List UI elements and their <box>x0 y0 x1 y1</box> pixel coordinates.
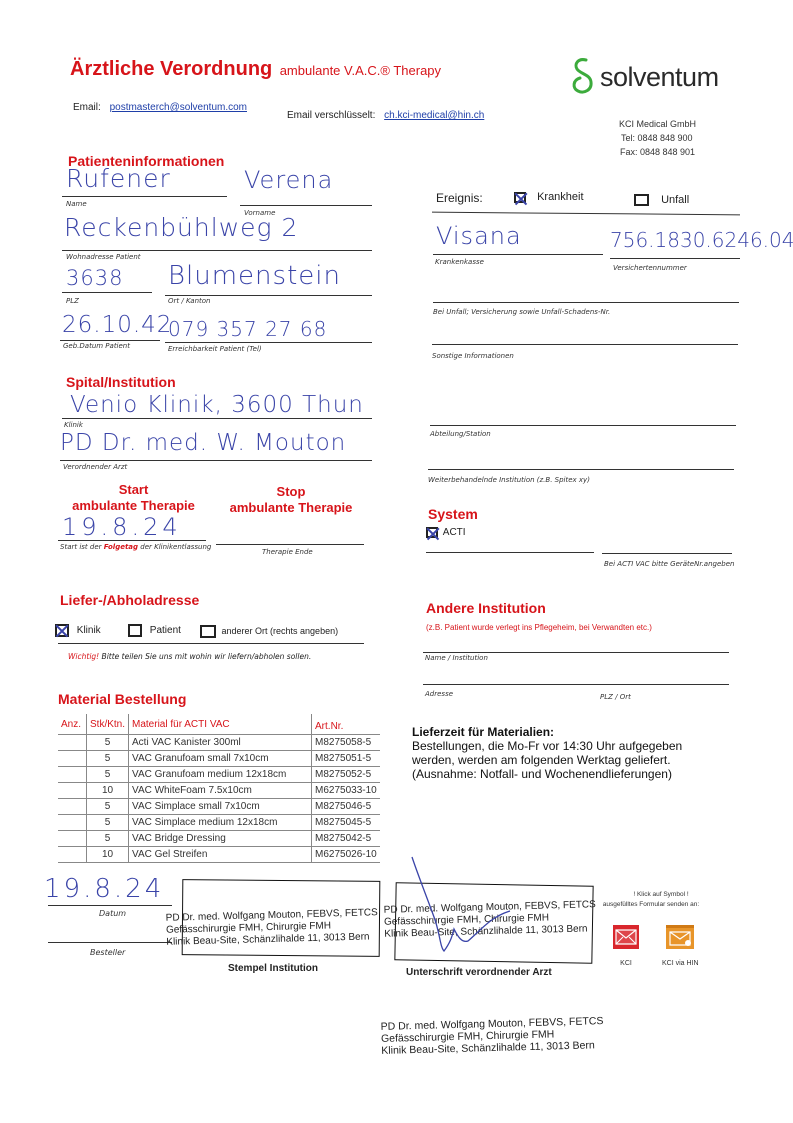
abteilung-line[interactable] <box>430 425 736 426</box>
send-hint: ! Klick auf Symbol ! ausgefülltes Formul… <box>595 890 707 910</box>
material-row: 5VAC Simplace small 7x10cmM8275046-5 <box>58 799 380 815</box>
material-table-container: Anz. Stk/Ktn. Material für ACTI VAC Art.… <box>58 714 380 863</box>
patient-ort-value[interactable]: Blumenstein <box>168 261 341 291</box>
start-date-line <box>58 540 206 541</box>
unfall-checkbox[interactable] <box>634 194 649 206</box>
stamp-label: Stempel Institution <box>228 963 318 974</box>
email-encrypted-link[interactable]: ch.kci-medical@hin.ch <box>384 110 484 121</box>
solventum-logo <box>568 56 598 101</box>
stop-heading-line2: ambulante Therapie <box>218 500 364 516</box>
orderer-label: Besteller <box>90 948 125 957</box>
acti-checkbox[interactable] <box>426 527 438 538</box>
send-kci-label: KCI <box>613 960 639 967</box>
company-tel: Tel: 0848 848 900 <box>617 131 696 145</box>
material-cell-artnr: M8275058-5 <box>312 735 381 751</box>
email-link[interactable]: postmasterch@solventum.com <box>110 102 247 113</box>
bottom-stamp-text: PD Dr. med. Wolfgang Mouton, FEBVS, FETC… <box>381 1015 605 1057</box>
patient-name-value[interactable]: Rufener <box>66 164 171 193</box>
weiterbehandelnde-line[interactable] <box>428 469 734 470</box>
solventum-s-icon <box>568 56 598 96</box>
versichertennummer-value[interactable]: 756.1830.6246.04 <box>610 228 793 252</box>
material-cell-name: VAC Gel Streifen <box>129 847 312 863</box>
delivery-time-line1: Bestellungen, die Mo-Fr vor 14:30 Uhr au… <box>412 739 682 753</box>
material-cell-stk: 10 <box>87 847 129 863</box>
delivery-patient-label: Patient <box>150 625 181 636</box>
delivery-option-patient[interactable]: Patient <box>128 624 181 637</box>
material-cell-name: VAC Simplace medium 12x18cm <box>129 815 312 831</box>
address-line <box>62 250 372 251</box>
delivery-option-klinik[interactable]: Klinik <box>55 624 101 637</box>
arzt-value[interactable]: PD Dr. med. W. Mouton <box>60 430 346 456</box>
arzt-line <box>60 460 372 461</box>
material-cell-anz[interactable] <box>58 735 87 751</box>
company-contact: KCI Medical GmbH Tel: 0848 848 900 Fax: … <box>617 117 696 159</box>
start-heading-line1: Start <box>62 482 205 498</box>
krankenkasse-value[interactable]: Visana <box>436 222 522 250</box>
patient-vorname-value[interactable]: Verena <box>244 166 333 194</box>
phone-label: Erreichbarkeit Patient (Tel) <box>168 345 262 353</box>
material-cell-anz[interactable] <box>58 847 87 863</box>
device-number-line[interactable] <box>602 553 732 554</box>
institution-heading: Spital/Institution <box>66 374 176 390</box>
delivery-note-important: Wichtig! <box>68 652 99 661</box>
material-cell-anz[interactable] <box>58 815 87 831</box>
name-line <box>62 196 227 197</box>
delivery-klinik-checkbox[interactable] <box>55 624 69 637</box>
ort-label: Ort / Kanton <box>168 297 210 305</box>
sonstige-line[interactable] <box>432 344 738 345</box>
start-date-label: Start ist der Folgetag der Klinikentlass… <box>60 543 211 551</box>
material-cell-stk: 5 <box>87 815 129 831</box>
envelope-key-icon <box>666 925 694 949</box>
send-hint-line2: ausgefülltes Formular senden an: <box>595 900 707 910</box>
email-encrypted-row: Email verschlüsselt: ch.kci-medical@hin.… <box>287 110 484 121</box>
versichertennummer-line <box>610 258 740 259</box>
event-option-krankheit[interactable]: Krankheit <box>514 191 584 203</box>
envelope-icon <box>613 925 639 949</box>
other-institution-hint: (z.B. Patient wurde verlegt ins Pflegehe… <box>426 623 652 632</box>
material-cell-stk: 10 <box>87 783 129 799</box>
delivery-patient-checkbox[interactable] <box>128 624 142 637</box>
stop-date-line[interactable] <box>216 544 364 545</box>
material-row: 5VAC Bridge DressingM8275042-5 <box>58 831 380 847</box>
send-kci-button[interactable]: KCI <box>613 925 639 967</box>
material-cell-artnr: M6275026-10 <box>312 847 381 863</box>
start-label-pre: Start ist der <box>60 543 104 551</box>
company-name: KCI Medical GmbH <box>617 117 696 131</box>
versichertennummer-label: Versichertennummer <box>613 264 687 272</box>
email-encrypted-label: Email verschlüsselt: <box>287 110 375 121</box>
delivery-time-line3: (Ausnahme: Notfall- und Wochenendlieferu… <box>412 767 682 781</box>
start-therapy-heading: Start ambulante Therapie <box>62 482 205 514</box>
system-heading: System <box>428 506 478 522</box>
material-row: 5VAC Simplace medium 12x18cmM8275045-5 <box>58 815 380 831</box>
unfall-info-label: Bei Unfall; Versicherung sowie Unfall-Sc… <box>433 308 610 316</box>
send-kci-hin-label: KCI via HIN <box>662 960 699 967</box>
delivery-anderer-ort-checkbox[interactable] <box>200 625 216 638</box>
other-institution-heading: Andere Institution <box>426 600 546 616</box>
delivery-time-line2: werden, werden am folgenden Werktag geli… <box>412 753 682 767</box>
handwritten-signature <box>410 855 530 955</box>
acti-label: ACTI <box>443 527 466 538</box>
plz-label: PLZ <box>66 297 79 305</box>
material-table: Anz. Stk/Ktn. Material für ACTI VAC Art.… <box>58 714 380 863</box>
start-date-value[interactable]: 19.8.24 <box>62 513 182 541</box>
material-row: 10VAC WhiteFoam 7.5x10cmM6275033-10 <box>58 783 380 799</box>
delivery-anderer-ort-label: anderer Ort (rechts angeben) <box>222 626 339 636</box>
phone-line <box>165 342 372 343</box>
send-hint-line1: ! Klick auf Symbol ! <box>595 890 707 900</box>
other-plz-label: PLZ / Ort <box>600 693 631 701</box>
start-heading-line2: ambulante Therapie <box>62 498 205 514</box>
patient-phone-value[interactable]: 079 357 27 68 <box>168 317 327 341</box>
start-label-post: der Klinikentlassung <box>138 543 211 551</box>
start-label-folgetag: Folgetag <box>104 543 138 551</box>
other-address-line[interactable] <box>423 684 729 685</box>
material-cell-anz[interactable] <box>58 831 87 847</box>
abteilung-label: Abteilung/Station <box>430 430 491 438</box>
event-option-unfall[interactable]: Unfall <box>634 194 689 206</box>
name-label: Name <box>66 200 87 208</box>
device-number-label: Bei ACTI VAC bitte GeräteNr.angeben <box>604 560 734 568</box>
weiterbehandelnde-label: Weiterbehandelnde Institution (z.B. Spit… <box>428 476 590 484</box>
brand-name: solventum <box>600 62 719 93</box>
ort-line <box>165 295 372 296</box>
krankenkasse-line <box>433 254 603 255</box>
delivery-time-heading: Lieferzeit für Materialien: <box>412 725 682 739</box>
klinik-line <box>62 418 372 419</box>
delivery-option-anderer-ort[interactable]: anderer Ort (rechts angeben) <box>200 625 338 638</box>
delivery-note-text: Bitte teilen Sie uns mit wohin wir liefe… <box>99 652 311 661</box>
material-cell-anz[interactable] <box>58 751 87 767</box>
material-cell-stk: 5 <box>87 735 129 751</box>
plz-line <box>62 292 152 293</box>
klinik-value[interactable]: Venio Klinik, 3600 Thun <box>70 392 364 418</box>
col-anz: Anz. <box>58 714 87 735</box>
delivery-line <box>58 643 364 644</box>
col-artnr: Art.Nr. <box>312 714 381 735</box>
material-table-body: 5Acti VAC Kanister 300mlM8275058-55VAC G… <box>58 735 380 863</box>
event-label: Ereignis: <box>436 191 483 205</box>
delivery-note: Wichtig! Bitte teilen Sie uns mit wohin … <box>68 652 311 661</box>
krankheit-label: Krankheit <box>537 191 583 203</box>
material-row: 10VAC Gel StreifenM6275026-10 <box>58 847 380 863</box>
unfall-label: Unfall <box>661 194 689 206</box>
vorname-line <box>240 205 372 206</box>
material-cell-artnr: M8275046-5 <box>312 799 381 815</box>
stop-heading-line1: Stop <box>218 484 364 500</box>
delivery-heading: Liefer-/Abholadresse <box>60 592 199 608</box>
order-date-value[interactable]: 19.8.24 <box>44 874 164 904</box>
orderer-line[interactable] <box>48 942 172 943</box>
material-table-header: Anz. Stk/Ktn. Material für ACTI VAC Art.… <box>58 714 380 735</box>
stop-date-label: Therapie Ende <box>262 548 313 556</box>
form-subtitle: ambulante V.A.C.® Therapy <box>280 63 441 78</box>
event-line <box>432 212 740 216</box>
krankheit-checkbox[interactable] <box>514 192 526 203</box>
signature-label: Unterschrift verordnender Arzt <box>406 967 552 978</box>
send-kci-hin-button[interactable]: KCI via HIN <box>666 925 699 967</box>
material-cell-artnr: M8275045-5 <box>312 815 381 831</box>
material-cell-name: VAC Simplace small 7x10cm <box>129 799 312 815</box>
material-row: 5VAC Granufoam medium 12x18cmM8275052-5 <box>58 767 380 783</box>
material-cell-name: VAC Granufoam small 7x10cm <box>129 751 312 767</box>
institution-stamp-text: PD Dr. med. Wolfgang Mouton, FEBVS, FETC… <box>166 907 379 949</box>
col-material: Material für ACTI VAC <box>129 714 312 735</box>
patient-plz-value[interactable]: 3638 <box>66 266 123 290</box>
material-cell-anz[interactable] <box>58 783 87 799</box>
system-line <box>426 552 594 553</box>
material-cell-name: VAC Bridge Dressing <box>129 831 312 847</box>
material-row: 5Acti VAC Kanister 300mlM8275058-5 <box>58 735 380 751</box>
material-heading: Material Bestellung <box>58 691 186 707</box>
email-row: Email: postmasterch@solventum.com <box>73 102 247 113</box>
form-title: Ärztliche Verordnung <box>70 58 272 80</box>
patient-address-value[interactable]: Reckenbühlweg 2 <box>64 213 298 242</box>
material-cell-anz[interactable] <box>58 767 87 783</box>
sonstige-label: Sonstige Informationen <box>432 352 514 360</box>
material-cell-stk: 5 <box>87 831 129 847</box>
system-option-acti[interactable]: ACTI <box>426 527 466 538</box>
patient-birthdate-value[interactable]: 26.10.42 <box>62 312 172 338</box>
krankenkasse-label: Krankenkasse <box>435 258 484 266</box>
material-cell-stk: 5 <box>87 799 129 815</box>
material-cell-artnr: M6275033-10 <box>312 783 381 799</box>
col-stk: Stk/Ktn. <box>87 714 129 735</box>
material-row: 5VAC Granufoam small 7x10cmM8275051-5 <box>58 751 380 767</box>
address-label: Wohnadresse Patient <box>66 253 141 261</box>
order-date-label: Datum <box>99 909 126 918</box>
birthdate-line <box>60 340 160 341</box>
order-date-line <box>48 905 172 906</box>
klinik-label: Klinik <box>64 421 83 429</box>
material-cell-artnr: M8275052-5 <box>312 767 381 783</box>
stop-therapy-heading: Stop ambulante Therapie <box>218 484 364 516</box>
other-name-line[interactable] <box>423 652 729 653</box>
material-cell-stk: 5 <box>87 751 129 767</box>
material-cell-anz[interactable] <box>58 799 87 815</box>
material-cell-stk: 5 <box>87 767 129 783</box>
material-cell-artnr: M8275051-5 <box>312 751 381 767</box>
email-label: Email: <box>73 102 101 113</box>
material-cell-name: VAC Granufoam medium 12x18cm <box>129 767 312 783</box>
arzt-label: Verordnender Arzt <box>63 463 127 471</box>
delivery-time-block: Lieferzeit für Materialien: Bestellungen… <box>412 725 682 781</box>
company-fax: Fax: 0848 848 901 <box>617 145 696 159</box>
other-name-label: Name / Institution <box>425 654 488 662</box>
material-cell-artnr: M8275042-5 <box>312 831 381 847</box>
delivery-klinik-label: Klinik <box>77 625 101 636</box>
unfall-info-line[interactable] <box>433 302 739 303</box>
material-cell-name: Acti VAC Kanister 300ml <box>129 735 312 751</box>
material-cell-name: VAC WhiteFoam 7.5x10cm <box>129 783 312 799</box>
other-address-label: Adresse <box>425 690 453 698</box>
birthdate-label: Geb.Datum Patient <box>63 342 130 350</box>
form-title-block: Ärztliche Verordnung ambulante V.A.C.® T… <box>70 58 441 81</box>
